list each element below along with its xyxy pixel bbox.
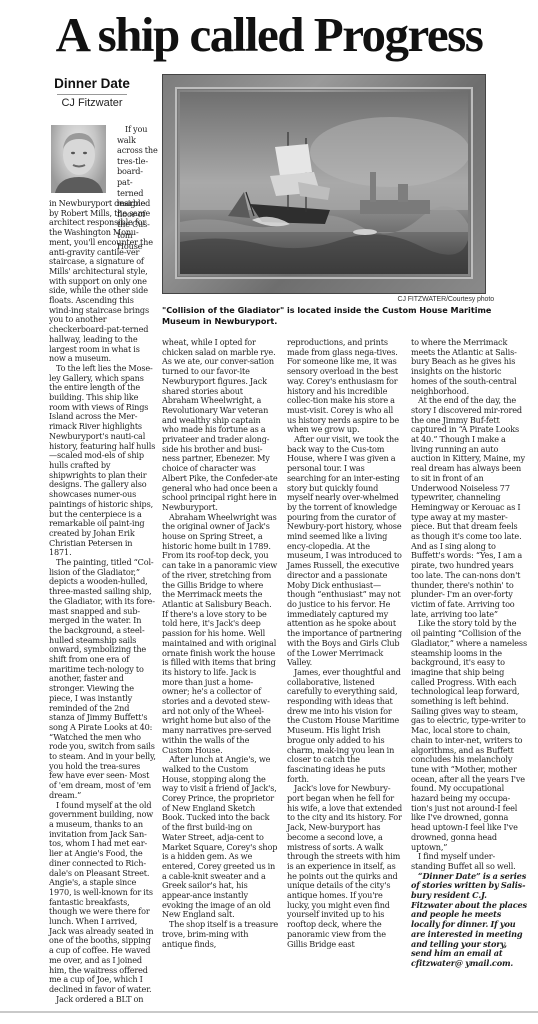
article-paragraph: To the left lies the Mose-ley Gallery, w… (49, 364, 156, 558)
article-paragraph: in Newburyport designed by Robert Mills,… (49, 199, 156, 364)
article-paragraph: After lunch at Angie's, we walked to the… (162, 755, 278, 920)
article-paragraph: I find myself under-standing Buffet all … (411, 852, 527, 871)
photo-credit: CJ FITZWATER/Courtesy photo (162, 296, 494, 303)
article-column-1: in Newburyport designed by Robert Mills,… (49, 199, 156, 1004)
author-photo (51, 125, 106, 193)
page-bottom-rule (0, 1011, 538, 1013)
article-paragraph: Jack ordered a BLT on (49, 995, 156, 1005)
article-column-4: to where the Merrimack meets the Atlanti… (411, 338, 527, 969)
article-paragraph: At the end of the day, the story I disco… (411, 396, 527, 619)
column-kicker: Dinner Date CJ Fitzwater (36, 76, 148, 110)
article-paragraph: Jack's love for Newbury-port began when … (287, 784, 403, 949)
ship-illustration-icon (180, 92, 468, 274)
article-paragraph: The shop itself is a treasure trove, bri… (162, 920, 278, 949)
byline: CJ Fitzwater (36, 97, 148, 110)
article-paragraph: to where the Merrimack meets the Atlanti… (411, 338, 527, 396)
column-tagline: “Dinner Date” is a series of stories wri… (411, 872, 527, 969)
article-paragraph: After our visit, we took the back way to… (287, 435, 403, 668)
article-paragraph: Like the story told by the oil painting … (411, 619, 527, 852)
column-title: Dinner Date (36, 76, 148, 92)
article-paragraph: wheat, while I opted for chicken salad o… (162, 338, 278, 513)
ship-painting-image (180, 92, 468, 274)
article-column-3: reproductions, and prints made from glas… (287, 338, 403, 949)
article-paragraph: I found myself at the old government bui… (49, 801, 156, 995)
photo-caption: "Collision of the Gladiator" is located … (162, 305, 512, 327)
article-paragraph: James, ever thoughtful and collaborative… (287, 668, 403, 784)
article-paragraph: reproductions, and prints made from glas… (287, 338, 403, 435)
article-column-2: wheat, while I opted for chicken salad o… (162, 338, 278, 949)
painting-photo (162, 74, 486, 294)
kicker-divider (57, 94, 127, 95)
author-headshot-icon (51, 125, 106, 193)
article-paragraph: Abraham Wheelwright was the original own… (162, 513, 278, 756)
headline: A ship called Progress (0, 8, 538, 62)
article-paragraph: The painting, titled “Col-lision of the … (49, 558, 156, 801)
